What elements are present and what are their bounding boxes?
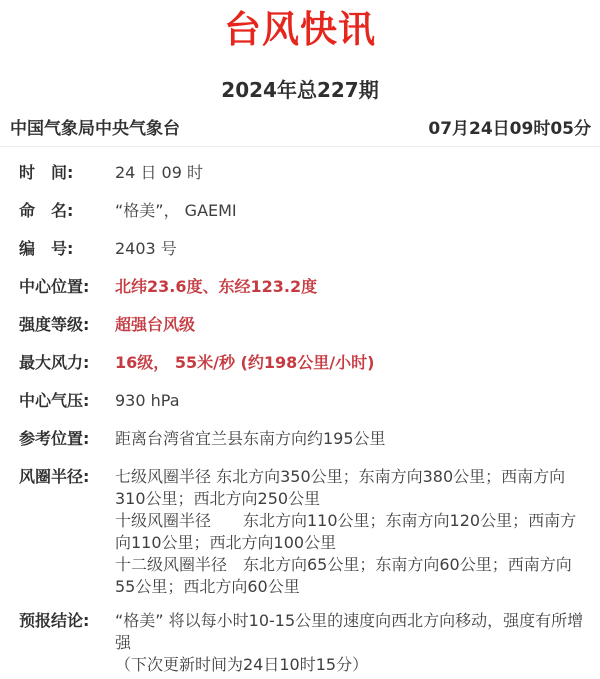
row-number: 编 号: 2403 号 xyxy=(19,238,588,260)
report-datetime: 07月24日09时05分 xyxy=(428,120,591,138)
field-label: 时 间: xyxy=(19,162,115,184)
field-label: 最大风力: xyxy=(19,352,115,374)
typhoon-bulletin-page: 台风快讯 2024年总227期 中国气象局中央气象台 07月24日09时05分 … xyxy=(0,0,600,679)
row-max-wind: 最大风力: 16级， 55米/秒 (约198公里/小时) xyxy=(19,352,588,374)
field-label: 中心位置: xyxy=(19,276,115,298)
wind-radius-level10: 十级风圈半径 东北方向110公里；东南方向120公里；西南方向110公里；西北方… xyxy=(115,510,588,554)
field-label: 强度等级: xyxy=(19,314,115,336)
field-value: 2403 号 xyxy=(115,238,588,260)
row-intensity-level: 强度等级: 超强台风级 xyxy=(19,314,588,336)
row-reference-position: 参考位置: 距离台湾省宜兰县东南方向约195公里 xyxy=(19,428,588,450)
field-value: 24 日 09 时 xyxy=(115,162,588,184)
page-title: 台风快讯 xyxy=(0,9,600,51)
issue-number: 2024年总227期 xyxy=(0,80,600,100)
row-forecast-conclusion: 预报结论: “格美” 将以每小时10-15公里的速度向西北方向移动，强度有所增强… xyxy=(19,610,588,676)
row-center-pressure: 中心气压: 930 hPa xyxy=(19,390,588,412)
agency-name: 中国气象局中央气象台 xyxy=(10,120,180,138)
field-value: 七级风圈半径 东北方向350公里；东南方向380公里；西南方向310公里；西北方… xyxy=(115,466,588,598)
field-value: “格美” 将以每小时10-15公里的速度向西北方向移动，强度有所增强 （下次更新… xyxy=(115,610,588,676)
field-rows: 时 间: 24 日 09 时 命 名: “格美”， GAEMI 编 号: 240… xyxy=(0,147,600,676)
field-label: 中心气压: xyxy=(19,390,115,412)
field-value: 距离台湾省宜兰县东南方向约195公里 xyxy=(115,428,588,450)
field-label: 风圈半径: xyxy=(19,466,115,598)
field-value: 北纬23.6度、东经123.2度 xyxy=(115,276,588,298)
field-label: 参考位置: xyxy=(19,428,115,450)
field-value: “格美”， GAEMI xyxy=(115,200,588,222)
field-value: 930 hPa xyxy=(115,390,588,412)
bulletin-header: 中国气象局中央气象台 07月24日09时05分 xyxy=(0,120,600,138)
field-label: 命 名: xyxy=(19,200,115,222)
next-update-time: （下次更新时间为24日10时15分） xyxy=(115,654,588,676)
row-wind-circle-radius: 风圈半径: 七级风圈半径 东北方向350公里；东南方向380公里；西南方向310… xyxy=(19,466,588,598)
forecast-text: “格美” 将以每小时10-15公里的速度向西北方向移动，强度有所增强 xyxy=(115,610,588,654)
field-label: 预报结论: xyxy=(19,610,115,676)
field-value: 16级， 55米/秒 (约198公里/小时) xyxy=(115,352,588,374)
row-name: 命 名: “格美”， GAEMI xyxy=(19,200,588,222)
field-value: 超强台风级 xyxy=(115,314,588,336)
wind-radius-level7: 七级风圈半径 东北方向350公里；东南方向380公里；西南方向310公里；西北方… xyxy=(115,466,588,510)
row-center-position: 中心位置: 北纬23.6度、东经123.2度 xyxy=(19,276,588,298)
field-label: 编 号: xyxy=(19,238,115,260)
row-time: 时 间: 24 日 09 时 xyxy=(19,162,588,184)
wind-radius-level12: 十二级风圈半径 东北方向65公里；东南方向60公里；西南方向55公里；西北方向6… xyxy=(115,554,588,598)
